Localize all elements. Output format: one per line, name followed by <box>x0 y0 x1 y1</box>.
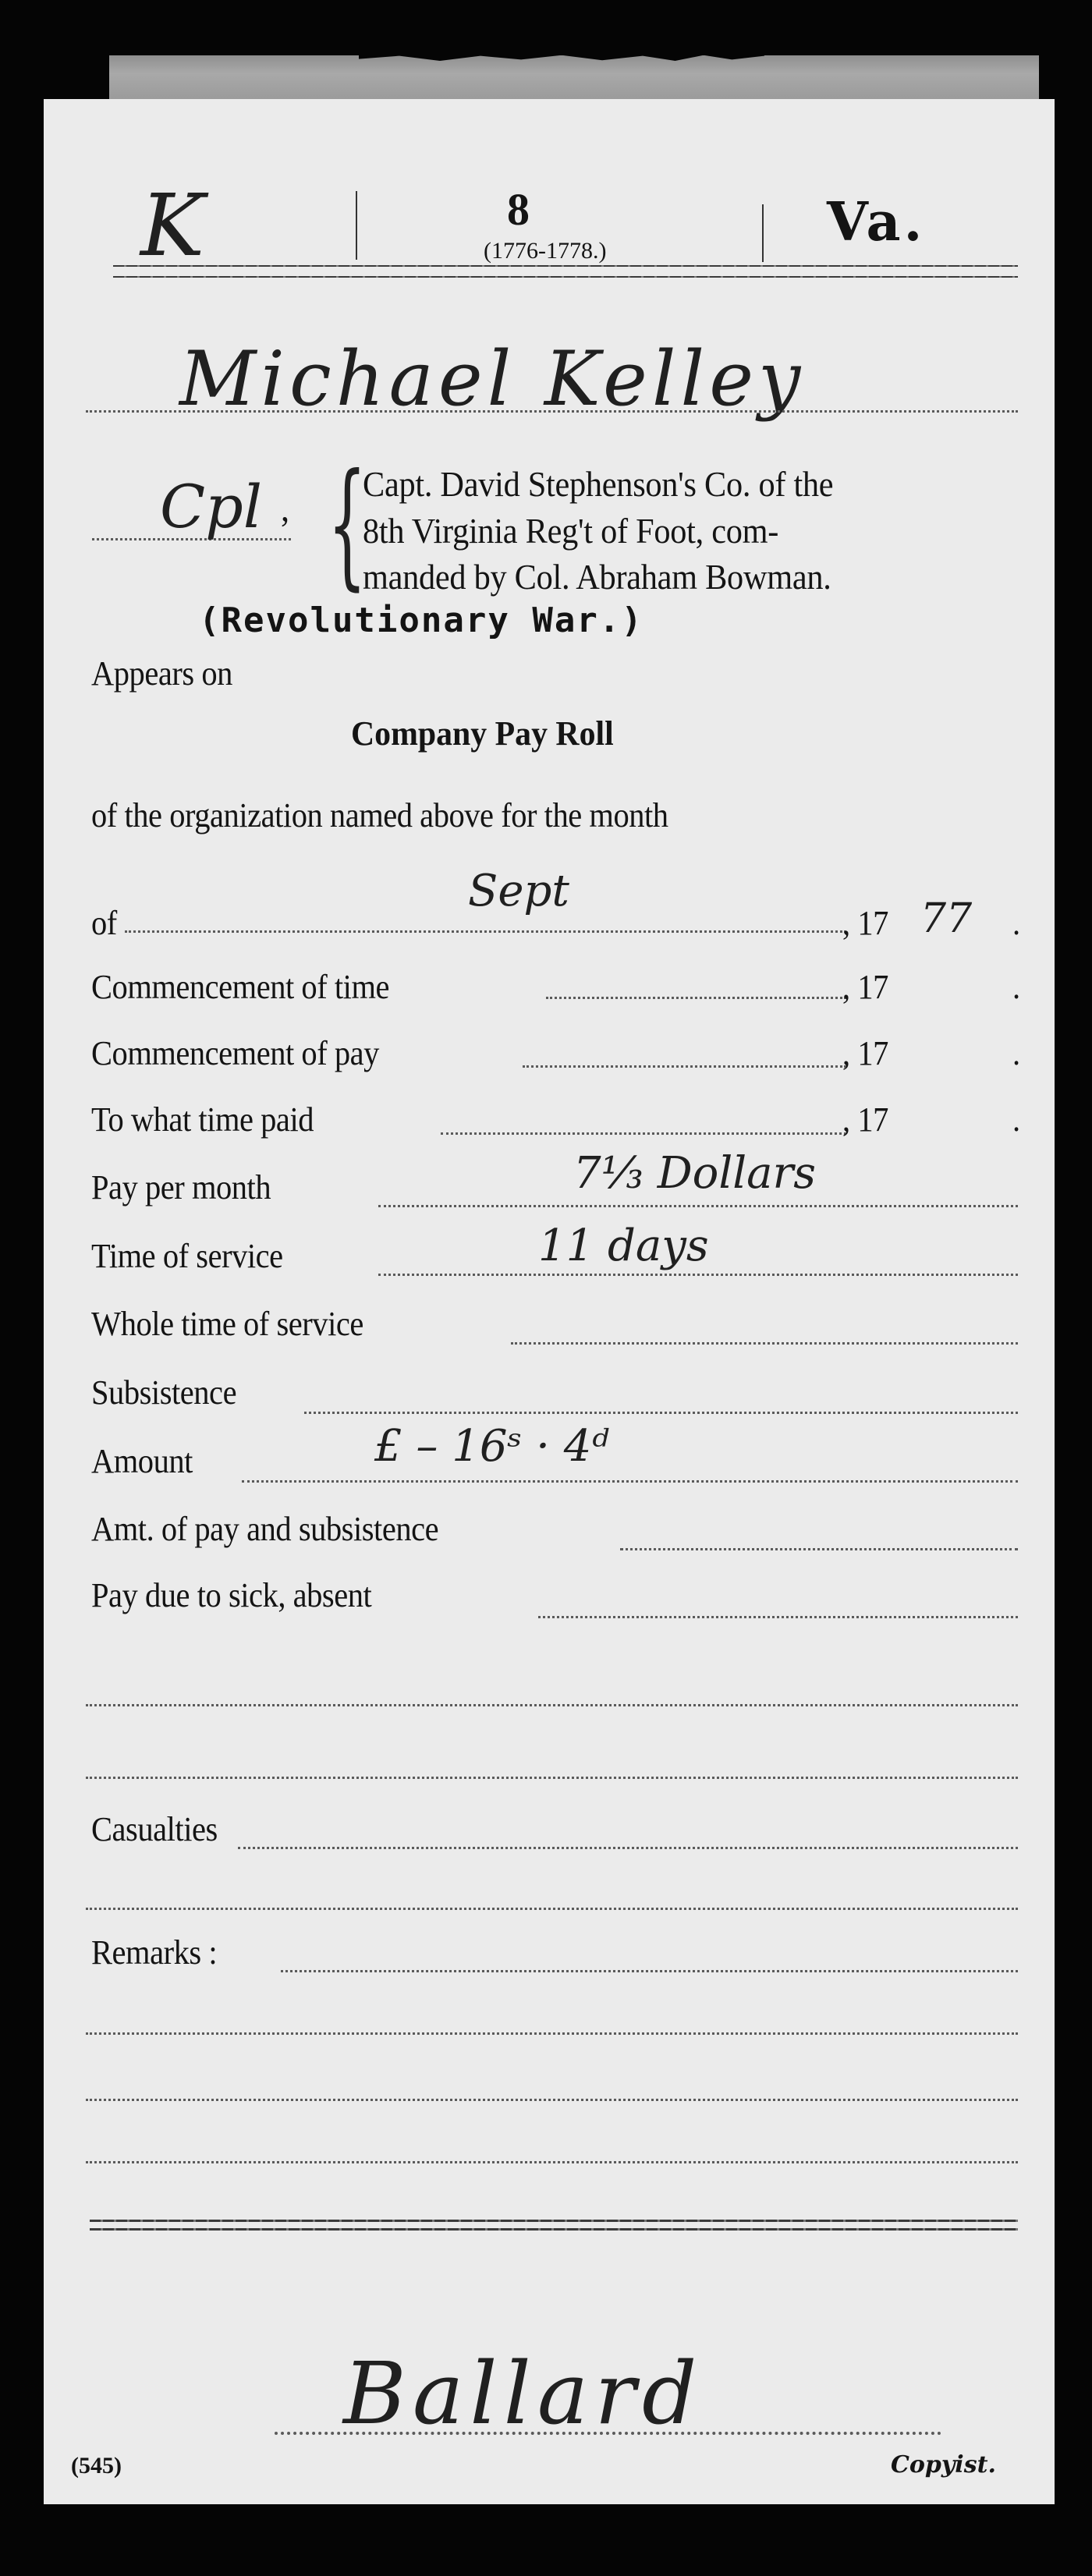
header-rule-bottom <box>113 276 1018 278</box>
whole-time-line <box>511 1342 1018 1345</box>
commencement-pay-year: , 17 <box>842 1033 888 1073</box>
document-title: Company Pay Roll <box>351 714 614 753</box>
commencement-pay-line <box>523 1065 846 1068</box>
unit-line-1: Capt. David Stephenson's Co. of the <box>363 463 833 505</box>
pay-due-sick-line-3 <box>86 1777 1018 1779</box>
paid-to-line <box>441 1132 846 1135</box>
amount-label: Amount <box>91 1441 193 1481</box>
time-of-service-label: Time of service <box>91 1236 283 1276</box>
pay-per-month-value: 7⅓ Dollars <box>573 1148 816 1199</box>
header-rule-top <box>113 265 1018 267</box>
unit-line-2: 8th Virginia Reg't of Foot, com- <box>363 510 778 551</box>
paid-to-year: , 17 <box>842 1100 888 1139</box>
casualties-line <box>238 1847 1018 1849</box>
header-divider-right <box>762 204 764 262</box>
war-label: (Revolutionary War.) <box>199 601 643 640</box>
remarks-line-4 <box>86 2161 1018 2163</box>
month-year-prefix: , 17 <box>842 903 888 943</box>
copyist-signature: Ballard <box>343 2344 703 2443</box>
month-line <box>125 930 846 933</box>
soldier-rank: Cpl <box>160 472 262 541</box>
time-of-service-value: 11 days <box>538 1221 709 1271</box>
regiment-years: (1776-1778.) <box>484 238 606 264</box>
month-label: of <box>91 903 117 943</box>
month-end-period: . <box>1012 903 1020 943</box>
appears-on-label: Appears on <box>91 654 232 693</box>
organization-line: of the organization named above for the … <box>91 795 668 835</box>
header-divider-left <box>356 191 357 260</box>
pay-due-sick-label: Pay due to sick, absent <box>91 1575 371 1615</box>
paid-to-label: To what time paid <box>91 1100 314 1139</box>
pay-due-sick-line <box>538 1616 1018 1618</box>
form-number: (545) <box>71 2453 122 2479</box>
commencement-time-end: . <box>1012 967 1020 1007</box>
commencement-pay-label: Commencement of pay <box>91 1033 379 1073</box>
casualties-label: Casualties <box>91 1809 218 1849</box>
signature-line <box>275 2432 941 2435</box>
amt-pay-subsistence-label: Amt. of pay and subsistence <box>91 1509 438 1549</box>
paid-to-end: . <box>1012 1100 1020 1139</box>
surname-initial: K <box>140 175 204 275</box>
subsistence-label: Subsistence <box>91 1373 236 1412</box>
pay-per-month-line <box>378 1205 1018 1207</box>
remarks-label: Remarks : <box>91 1933 217 1972</box>
commencement-time-label: Commencement of time <box>91 967 389 1007</box>
rank-comma: , <box>281 487 289 530</box>
pay-due-sick-line-2 <box>86 1704 1018 1706</box>
unit-brace: { <box>328 456 367 593</box>
pay-per-month-label: Pay per month <box>91 1168 271 1207</box>
subsistence-line <box>304 1412 1018 1414</box>
time-of-service-line <box>378 1274 1018 1276</box>
remarks-line-1 <box>281 1970 1018 1972</box>
compiled-service-card <box>44 99 1055 2504</box>
month-year-value: 77 <box>920 895 972 942</box>
state-abbrev: Va. <box>827 191 925 253</box>
remarks-line-2 <box>86 2032 1018 2035</box>
casualties-line-2 <box>86 1908 1018 1910</box>
whole-time-label: Whole time of service <box>91 1304 363 1344</box>
commencement-time-line <box>546 997 846 999</box>
footer-rule-bottom <box>90 2228 1018 2231</box>
footer-rule-top <box>90 2220 1018 2222</box>
copyist-label: Copyist. <box>891 2451 996 2479</box>
amount-line <box>242 1480 1018 1483</box>
unit-line-3: manded by Col. Abraham Bowman. <box>363 556 831 597</box>
remarks-line-3 <box>86 2099 1018 2101</box>
commencement-time-year: , 17 <box>842 967 888 1007</box>
amt-pay-subsistence-line <box>620 1548 1018 1550</box>
month-value: Sept <box>468 866 569 916</box>
back-card-strip <box>109 55 1039 101</box>
amount-value: £ – 16ˢ · 4ᵈ <box>374 1421 609 1472</box>
regiment-number: 8 <box>507 183 530 236</box>
commencement-pay-end: . <box>1012 1033 1020 1073</box>
name-line <box>86 410 1018 413</box>
